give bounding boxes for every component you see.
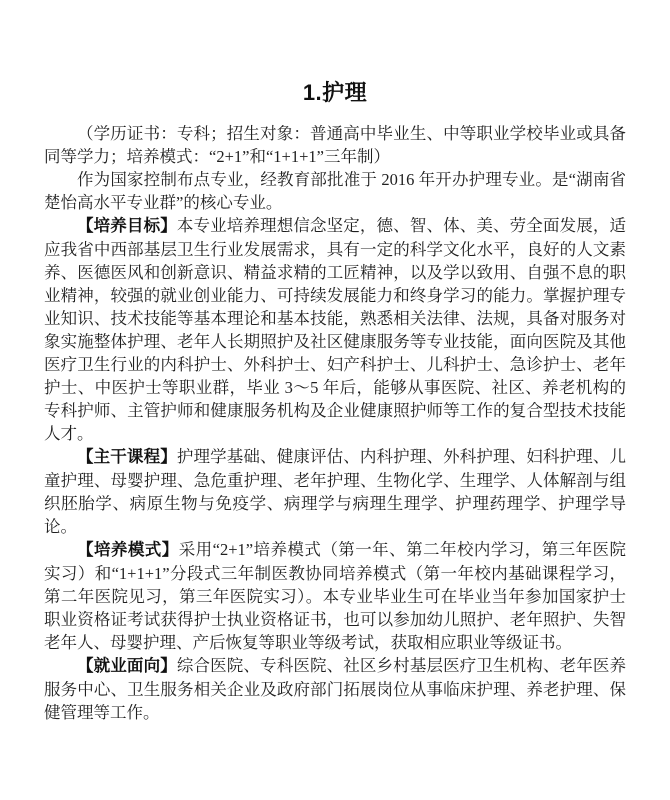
para-admission-info-text: （学历证书：专科；招生对象：普通高中毕业生、中等职业学校毕业或具备同等学力；培养… [44,124,626,166]
para-training-objectives: 【培养目标】本专业培养理想信念坚定，德、智、体、美、劳全面发展，适应我省中西部基… [44,214,626,445]
para-training-mode: 【培养模式】采用“2+1”培养模式（第一年、第二年校内学习，第三年医院实习）和“… [44,538,626,654]
para-core-courses: 【主干课程】护理学基础、健康评估、内科护理、外科护理、妇科护理、儿童护理、母婴护… [44,445,626,538]
section-label-core-courses: 【主干课程】 [77,448,177,466]
document-body: （学历证书：专科；招生对象：普通高中毕业生、中等职业学校毕业或具备同等学力；培养… [44,122,626,724]
section-label-training-mode: 【培养模式】 [77,541,179,559]
para-training-objectives-text: 本专业培养理想信念坚定，德、智、体、美、劳全面发展，适应我省中西部基层卫生行业发… [44,216,626,443]
para-intro: 作为国家控制布点专业，经教育部批准于 2016 年开办护理专业。是“湖南省楚怡高… [44,168,626,214]
section-label-employment-direction: 【就业面向】 [77,657,177,675]
document-page: 1.护理 （学历证书：专科；招生对象：普通高中毕业生、中等职业学校毕业或具备同等… [0,0,670,800]
page-title: 1.护理 [0,0,670,105]
para-employment-direction: 【就业面向】综合医院、专科医院、社区乡村基层医疗卫生机构、老年医养服务中心、卫生… [44,654,626,724]
para-admission-info: （学历证书：专科；招生对象：普通高中毕业生、中等职业学校毕业或具备同等学力；培养… [44,122,626,168]
section-label-training-objectives: 【培养目标】 [77,217,177,235]
para-intro-text: 作为国家控制布点专业，经教育部批准于 2016 年开办护理专业。是“湖南省楚怡高… [44,170,626,212]
